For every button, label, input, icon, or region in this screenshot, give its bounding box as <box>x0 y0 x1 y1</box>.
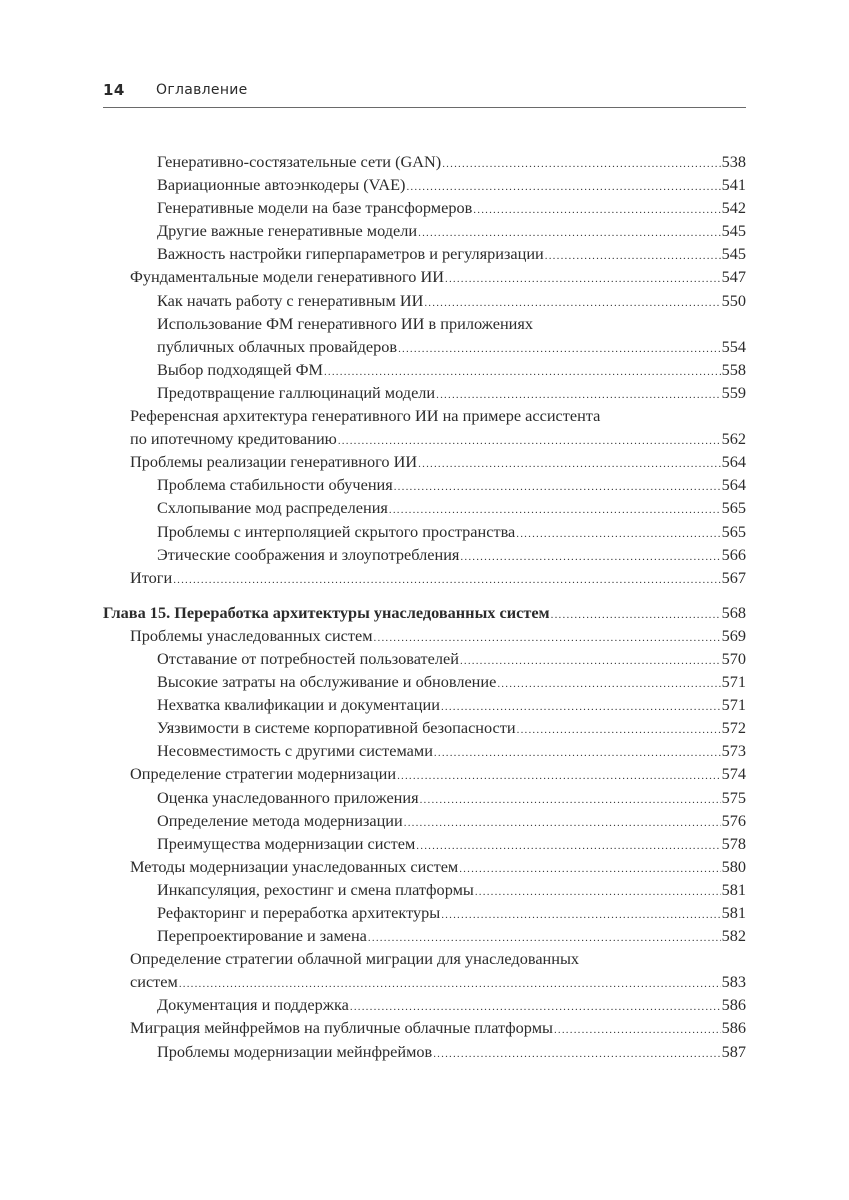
dot-leader <box>173 569 720 592</box>
toc-entry[interactable]: Вариационные автоэнкодеры (VAE) 541 <box>103 173 746 196</box>
toc-page-number: 559 <box>721 381 746 404</box>
toc-page-number: 554 <box>721 335 746 358</box>
toc-page-number: 574 <box>721 762 746 785</box>
toc-page-number: 583 <box>721 970 746 993</box>
running-title: Оглавление <box>156 82 248 98</box>
toc-entry-title: публичных облачных провайдеров <box>157 335 398 358</box>
toc-entry[interactable]: Рефакторинг и переработка архитектуры581 <box>103 901 746 924</box>
toc-entry-title: Проблемы унаследованных систем <box>130 624 374 647</box>
toc-page-number: 545 <box>721 242 746 265</box>
toc-entry[interactable]: Генеративно-состязательные сети (GAN)538 <box>103 150 746 173</box>
toc-entry[interactable]: Инкапсуляция, рехостинг и смена платформ… <box>103 878 746 901</box>
toc-entry[interactable]: публичных облачных провайдеров 554 <box>103 335 746 358</box>
toc-entry-title: Документация и поддержка <box>157 993 350 1016</box>
toc-entry[interactable]: Генеративные модели на базе трансформеро… <box>103 196 746 219</box>
toc-page-number: 564 <box>721 450 746 473</box>
toc-page-number: 569 <box>721 624 746 647</box>
toc-page-number: 578 <box>721 832 746 855</box>
toc-page-number: 572 <box>721 716 746 739</box>
toc-entry-title: Определение стратегии модернизации <box>130 762 397 785</box>
toc-entry-title: Использование ФМ генеративного ИИ в прил… <box>157 312 746 335</box>
toc-entry[interactable]: Методы модернизации унаследованных систе… <box>103 855 746 878</box>
toc-entry-title: Другие важные генеративные модели <box>157 219 418 242</box>
toc-entry-title: Методы модернизации унаследованных систе… <box>130 855 459 878</box>
toc-entry[interactable]: Выбор подходящей ФМ558 <box>103 358 746 381</box>
toc-page-number: 571 <box>721 670 746 693</box>
toc-entry-title: Проблемы с интерполяцией скрытого простр… <box>157 520 516 543</box>
toc-entry-title: Рефакторинг и переработка архитектуры <box>157 901 441 924</box>
toc-entry-title: Важность настройки гиперпараметров и рег… <box>157 242 545 265</box>
toc-entry[interactable]: Преимущества модернизации систем 578 <box>103 832 746 855</box>
toc-entry[interactable]: Несовместимость с другими системами573 <box>103 739 746 762</box>
toc-entry[interactable]: Определение стратегии модернизации 574 <box>103 762 746 785</box>
toc-entry-title: Перепроектирование и замена <box>157 924 368 947</box>
toc-entry[interactable]: Как начать работу с генеративным ИИ 550 <box>103 289 746 312</box>
toc-page-number: 562 <box>721 427 746 450</box>
toc-entry-title: Глава 15. Переработка архитектуры унасле… <box>103 601 551 624</box>
toc-page-number: 576 <box>721 809 746 832</box>
toc-entry[interactable]: Фундаментальные модели генеративного ИИ5… <box>103 265 746 288</box>
toc-page-number: 545 <box>721 219 746 242</box>
toc-page-number: 558 <box>721 358 746 381</box>
toc-page-number: 566 <box>721 543 746 566</box>
dot-leader <box>433 1043 720 1066</box>
toc-page-number: 573 <box>721 739 746 762</box>
toc-entry-title: Выбор подходящей ФМ <box>157 358 324 381</box>
toc-page-number: 575 <box>721 786 746 809</box>
toc-entry[interactable]: Проблемы модернизации мейнфреймов 587 <box>103 1040 746 1063</box>
toc-entry-title: Схлопывание мод распределения <box>157 496 389 519</box>
toc-page-number: 580 <box>721 855 746 878</box>
toc-entry-first-line[interactable]: Референсная архитектура генеративного ИИ… <box>103 404 746 427</box>
toc-page-number: 565 <box>721 496 746 519</box>
toc-entry[interactable]: Другие важные генеративные модели545 <box>103 219 746 242</box>
toc-entry[interactable]: Проблемы унаследованных систем 569 <box>103 624 746 647</box>
toc-entry-title: Предотвращение галлюцинаций модели <box>157 381 436 404</box>
toc-page-number: 581 <box>721 878 746 901</box>
toc-entry[interactable]: Важность настройки гиперпараметров и рег… <box>103 242 746 265</box>
toc-entry-title: по ипотечному кредитованию <box>130 427 338 450</box>
toc-entry[interactable]: по ипотечному кредитованию 562 <box>103 427 746 450</box>
toc-entry-title: Проблемы реализации генеративного ИИ <box>130 450 418 473</box>
toc-entry-first-line[interactable]: Определение стратегии облачной миграции … <box>103 947 746 970</box>
toc-entry-first-line[interactable]: Использование ФМ генеративного ИИ в прил… <box>103 312 746 335</box>
toc-entry[interactable]: Миграция мейнфреймов на публичные облачн… <box>103 1016 746 1039</box>
toc-entry-title: Миграция мейнфреймов на публичные облачн… <box>130 1016 554 1039</box>
toc-page-number: 541 <box>721 173 746 196</box>
toc-page-number: 571 <box>721 693 746 716</box>
toc-page-number: 547 <box>721 265 746 288</box>
toc-entry[interactable]: Перепроектирование и замена582 <box>103 924 746 947</box>
toc-page-number: 568 <box>721 601 746 624</box>
toc-entry[interactable]: Высокие затраты на обслуживание и обновл… <box>103 670 746 693</box>
toc-entry-title: Генеративно-состязательные сети (GAN) <box>157 150 442 173</box>
page-number: 14 <box>103 81 125 99</box>
toc-page-number: 587 <box>721 1040 746 1063</box>
toc-entry-title: Оценка унаследованного приложения <box>157 786 420 809</box>
toc-entry-title: Инкапсуляция, рехостинг и смена платформ… <box>157 878 475 901</box>
toc-entry[interactable]: Этические соображения и злоупотребления … <box>103 543 746 566</box>
toc-page-number: 570 <box>721 647 746 670</box>
toc-page-number: 538 <box>721 150 746 173</box>
toc-entry-title: Как начать работу с генеративным ИИ <box>157 289 424 312</box>
toc-entry-title: систем <box>130 970 179 993</box>
toc-entry-title: Этические соображения и злоупотребления <box>157 543 460 566</box>
toc-chapter-entry[interactable]: Глава 15. Переработка архитектуры унасле… <box>103 601 746 624</box>
toc-page-number: 582 <box>721 924 746 947</box>
toc-page-number: 542 <box>721 196 746 219</box>
toc-entry-title: Высокие затраты на обслуживание и обновл… <box>157 670 497 693</box>
table-of-contents: Генеративно-состязательные сети (GAN)538… <box>103 150 746 1063</box>
toc-entry-title: Проблемы модернизации мейнфреймов <box>157 1040 433 1063</box>
toc-entry-title: Проблема стабильности обучения <box>157 473 394 496</box>
toc-entry-title: Несовместимость с другими системами <box>157 739 434 762</box>
toc-entry[interactable]: Схлопывание мод распределения 565 <box>103 496 746 519</box>
toc-entry[interactable]: Определение метода модернизации576 <box>103 809 746 832</box>
toc-entry[interactable]: Проблемы реализации генеративного ИИ 564 <box>103 450 746 473</box>
toc-entry-title: Определение стратегии облачной миграции … <box>130 947 746 970</box>
toc-entry-title: Итоги <box>130 566 173 589</box>
running-header: 14 Оглавление <box>103 80 746 108</box>
toc-entry[interactable]: Проблема стабильности обучения564 <box>103 473 746 496</box>
toc-page-number: 564 <box>721 473 746 496</box>
toc-entry-title: Генеративные модели на базе трансформеро… <box>157 196 473 219</box>
toc-page-number: 586 <box>721 1016 746 1039</box>
toc-entry[interactable]: Уязвимости в системе корпоративной безоп… <box>103 716 746 739</box>
toc-entry-title: Определение метода модернизации <box>157 809 404 832</box>
toc-entry-title: Референсная архитектура генеративного ИИ… <box>130 404 746 427</box>
toc-page-number: 565 <box>721 520 746 543</box>
toc-entry-title: Уязвимости в системе корпоративной безоп… <box>157 716 517 739</box>
toc-page-number: 581 <box>721 901 746 924</box>
toc-page-number: 567 <box>721 566 746 589</box>
toc-page-number: 586 <box>721 993 746 1016</box>
toc-entry[interactable]: Оценка унаследованного приложения575 <box>103 786 746 809</box>
toc-entry[interactable]: Проблемы с интерполяцией скрытого простр… <box>103 520 746 543</box>
toc-entry-title: Нехватка квалификации и документации <box>157 693 441 716</box>
toc-entry-title: Отставание от потребностей пользователей <box>157 647 460 670</box>
toc-entry[interactable]: Предотвращение галлюцинаций модели 559 <box>103 381 746 404</box>
toc-entry[interactable]: Нехватка квалификации и документации571 <box>103 693 746 716</box>
toc-entry[interactable]: Отставание от потребностей пользователей… <box>103 647 746 670</box>
toc-entry-title: Вариационные автоэнкодеры (VAE) <box>157 173 406 196</box>
toc-entry-title: Преимущества модернизации систем <box>157 832 416 855</box>
toc-entry-title: Фундаментальные модели генеративного ИИ <box>130 265 445 288</box>
toc-page-number: 550 <box>721 289 746 312</box>
toc-entry[interactable]: Документация и поддержка586 <box>103 993 746 1016</box>
toc-entry[interactable]: систем583 <box>103 970 746 993</box>
toc-entry[interactable]: Итоги567 <box>103 566 746 589</box>
